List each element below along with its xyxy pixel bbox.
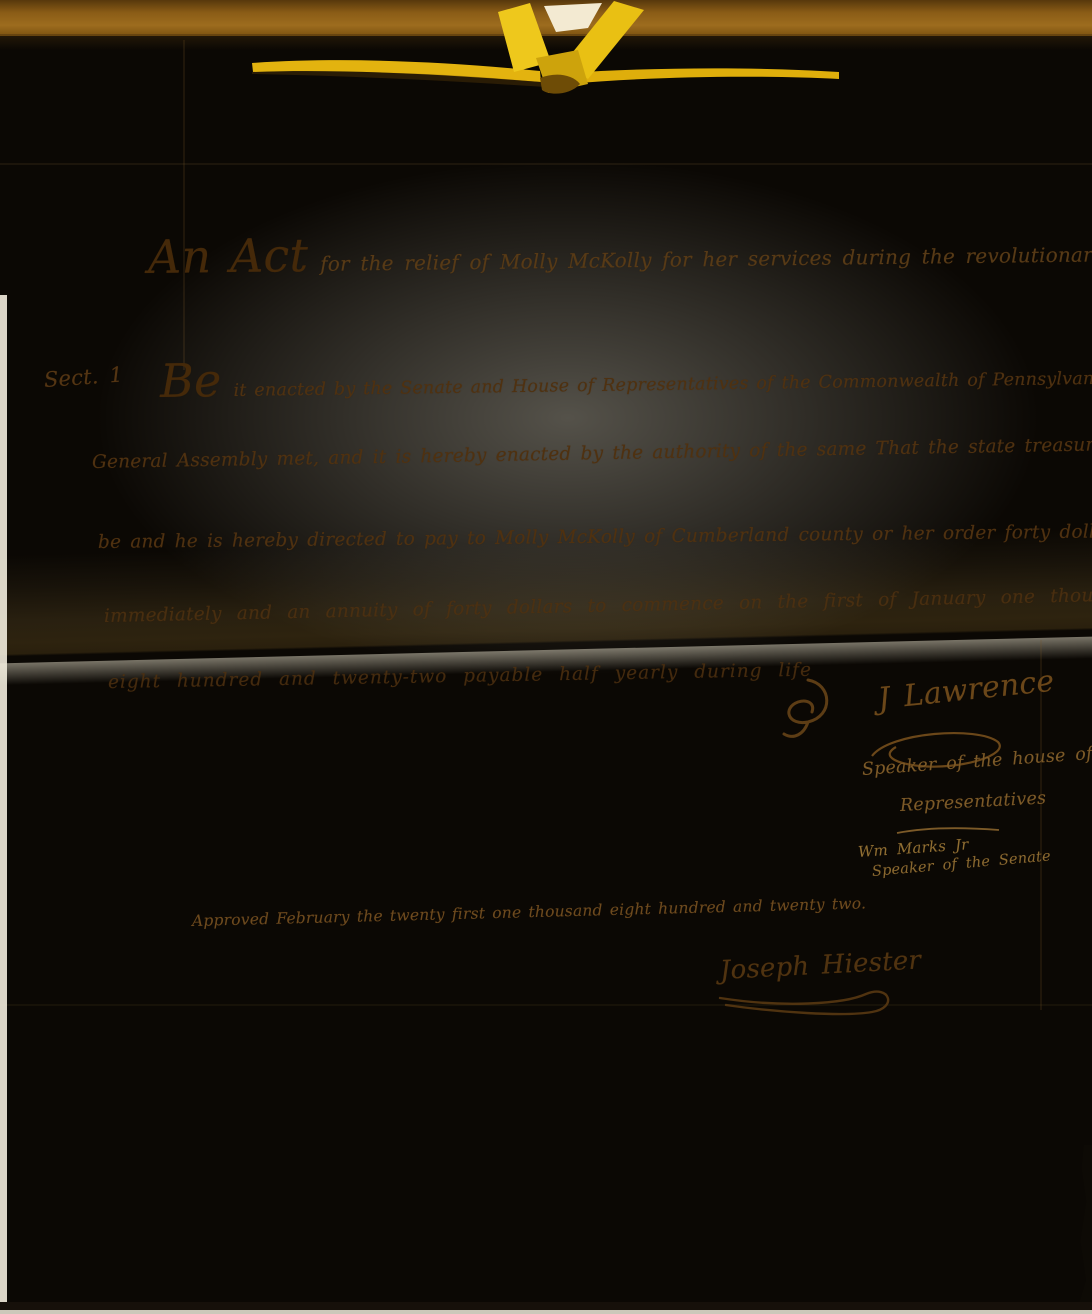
governor-signature-underline	[714, 982, 904, 1034]
line-end-flourish	[774, 674, 834, 746]
bottom-edge-light	[0, 1310, 1092, 1314]
bottom-edge-dark	[0, 1302, 1092, 1310]
underline-stroke	[897, 828, 999, 833]
enacting-lead: Be	[160, 361, 222, 401]
ribbon-right-tail	[566, 68, 839, 84]
horizontal-crease	[0, 1004, 1092, 1006]
left-edge-sliver	[0, 295, 7, 1310]
document-photo: An Act for the relief of Molly McKolly f…	[0, 0, 1092, 1314]
act-title-lead: An Act	[148, 236, 309, 277]
flourish-stroke	[784, 680, 827, 736]
ribbon	[0, 0, 1092, 130]
horizontal-crease	[0, 163, 1092, 165]
underline-stroke	[720, 992, 888, 1014]
